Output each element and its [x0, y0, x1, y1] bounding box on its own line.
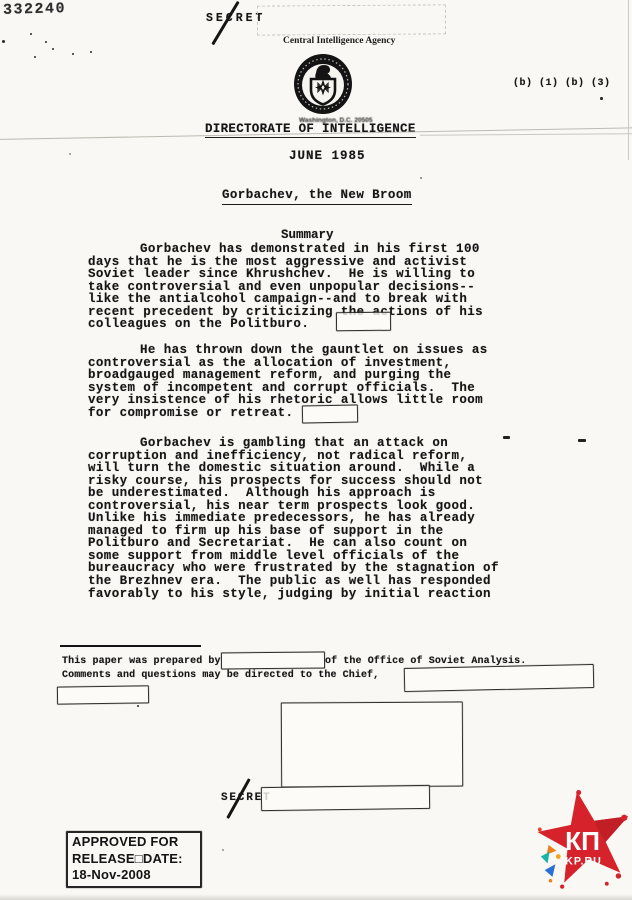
scan-speck — [90, 51, 92, 53]
scan-speck — [137, 705, 139, 707]
scanned-document-page: 332240 SECRET Central Intelligence Agenc… — [0, 0, 632, 900]
foia-exemption-markings: (b) (1) (b) (3) — [513, 78, 611, 89]
scan-speck — [30, 33, 32, 35]
stamp-line-3: 18-Nov-2008 — [72, 867, 200, 884]
agency-letterhead: Central Intelligence Agency — [283, 36, 395, 46]
scan-speck — [34, 56, 36, 58]
stamp-line-1: APPROVED FOR — [72, 834, 200, 851]
redaction-box-large — [281, 702, 463, 788]
kp-ru-logo: КП KP.RU — [535, 788, 632, 900]
scan-edge-artifact — [0, 894, 632, 900]
text-line: Unlike his immediate predecessors, he ha… — [88, 512, 524, 525]
stamp-line-2: RELEASE□DATE: — [72, 851, 200, 868]
text-line: broadgauged management reform, and purgi… — [88, 369, 524, 382]
redaction-box — [57, 685, 149, 704]
cia-seal-icon — [292, 52, 354, 121]
scan-speck — [578, 439, 586, 442]
issue-date: JUNE 1985 — [289, 149, 366, 163]
text-line: favorably to his style, judging by initi… — [88, 588, 524, 601]
summary-paragraph-1: Gorbachev has demonstrated in his first … — [88, 243, 524, 331]
scan-speck — [72, 53, 74, 55]
text-line: Gorbachev has demonstrated in his first … — [88, 243, 524, 256]
text-line: Gorbachev is gambling that an attack on — [88, 437, 524, 450]
redaction-box — [404, 664, 594, 692]
text-line: He has thrown down the gauntlet on issue… — [88, 344, 524, 357]
document-title: Gorbachev, the New Broom — [222, 188, 412, 205]
footnote-rule — [60, 645, 201, 647]
release-stamp: APPROVED FOR RELEASE□DATE: 18-Nov-2008 — [66, 831, 202, 888]
underline-extension — [420, 133, 632, 135]
footnote-prepared-by: This paper was prepared by — [62, 656, 221, 667]
svg-text:KP.RU: KP.RU — [565, 855, 602, 867]
text-line: colleagues on the Politburo. — [88, 318, 524, 331]
scan-speck — [2, 40, 5, 43]
doc-number: 332240 — [3, 0, 66, 19]
scan-speck — [69, 153, 71, 155]
scan-speck — [600, 97, 603, 100]
scan-speck — [503, 436, 510, 439]
redaction-box — [261, 785, 430, 811]
summary-heading: Summary — [281, 228, 334, 242]
text-line: Soviet leader since Khrushchev. He is wi… — [88, 268, 524, 281]
text-line: the Brezhnev era. The public as well has… — [88, 575, 524, 588]
scan-speck — [45, 41, 47, 43]
summary-paragraph-3: Gorbachev is gambling that an attack onc… — [88, 437, 524, 600]
text-line: be underestimated. Although his approach… — [88, 487, 524, 500]
svg-text:КП: КП — [565, 826, 600, 856]
redaction-box — [302, 405, 358, 424]
text-line: like the antialcohol campaign--and to br… — [88, 293, 524, 306]
scan-edge-artifact — [628, 0, 629, 160]
scan-speck — [222, 849, 224, 851]
scan-speck — [420, 177, 422, 179]
footnote-contact: Comments and questions may be directed t… — [62, 670, 379, 681]
redaction-box — [257, 4, 446, 35]
redaction-box — [221, 652, 325, 670]
scan-speck — [52, 48, 54, 50]
redaction-box — [336, 312, 391, 332]
text-line: will turn the domestic situation around.… — [88, 462, 524, 475]
